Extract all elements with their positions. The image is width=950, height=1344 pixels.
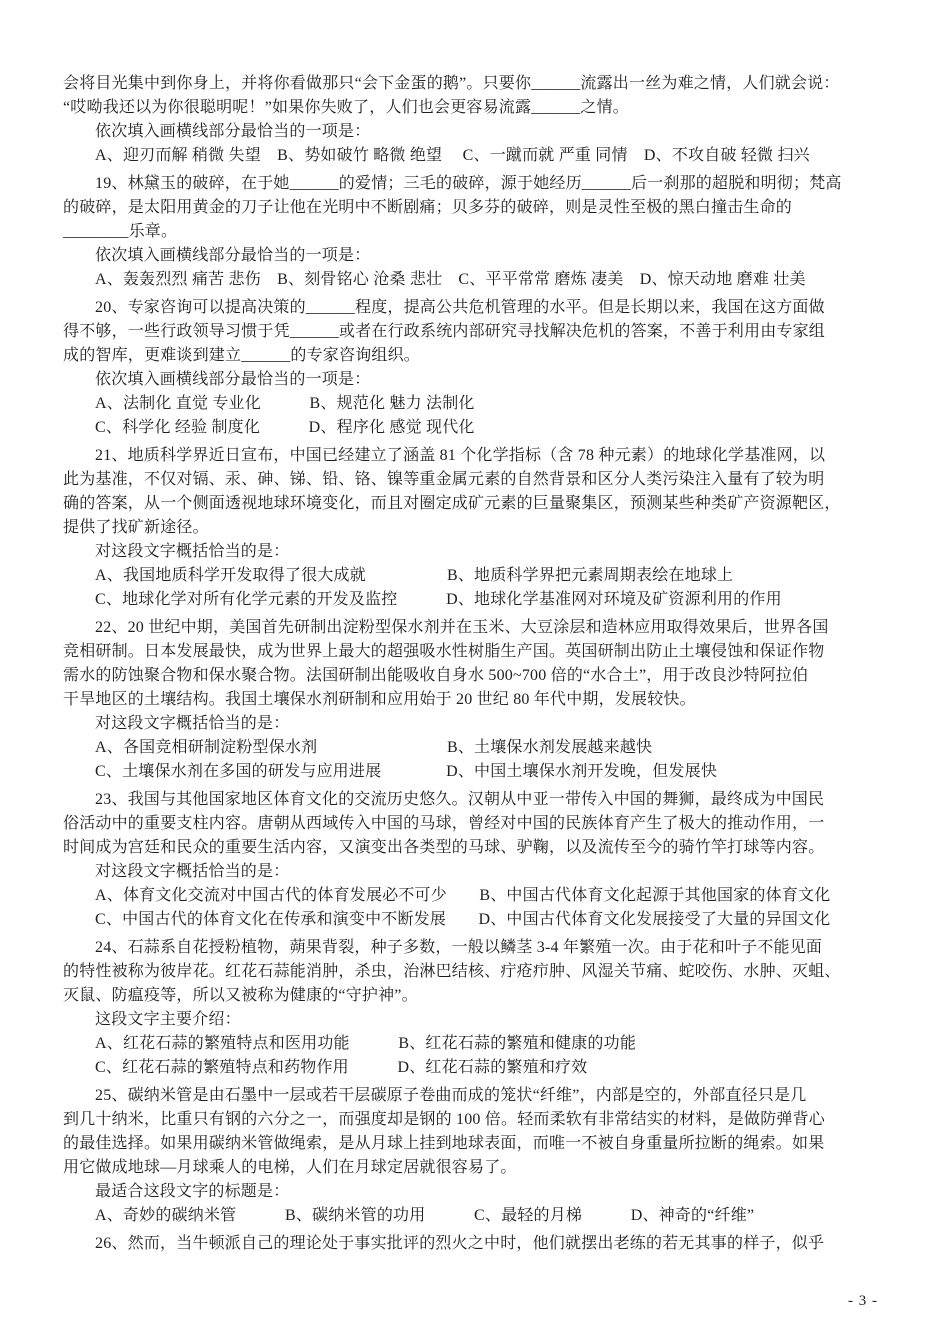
q25-line-2: 到几十纳米，比重只有钢的六分之一，而强度却是钢的 100 倍。轻而柔软有非常结实… (63, 1108, 891, 1132)
question-23-block: 23、我国与其他国家地区体育文化的交流历史悠久。汉朝从中亚一带传入中国的舞狮，最… (63, 788, 891, 932)
q21-options-cd: C、地球化学对所有化学元素的开发及监控 D、地球化学基准网对环境及矿资源利用的作… (63, 588, 891, 612)
q25-options: A、奇妙的碳纳米管 B、碳纳米管的功用 C、最轻的月梯 D、神奇的“纤维” (63, 1204, 891, 1228)
q24-stem: 这段文字主要介绍： (63, 1008, 891, 1032)
q20-line-3: 成的智库，更难谈到建立______的专家咨询组织。 (63, 344, 891, 368)
q19-line-3: ________乐章。 (63, 220, 891, 244)
q25-line-4: 用它做成地球—月球乘人的电梯，人们在月球定居就很容易了。 (63, 1156, 891, 1180)
q20-line-1: 20、专家咨询可以提高决策的______程度，提高公共危机管理的水平。但是长期以… (63, 296, 891, 320)
q20-options-cd: C、科学化 经验 制度化 D、程序化 感觉 现代化 (63, 416, 891, 440)
page-number: - 3 - (848, 1293, 878, 1310)
question-21-block: 21、地质科学界近日宣布，中国已经建立了涵盖 81 个化学指标（含 78 种元素… (63, 444, 891, 612)
q22-line-4: 干旱地区的土壤结构。我国土壤保水剂研制和应用始于 20 世纪 80 年代中期，发… (63, 688, 891, 712)
q22-line-1: 22、20 世纪中期，美国首先研制出淀粉型保水剂并在玉米、大豆涂层和造林应用取得… (63, 616, 891, 640)
question-26-block: 26、然而，当牛顿派自己的理论处于事实批评的烈火之中时，他们就摆出老练的若无其事… (63, 1232, 891, 1256)
q23-options-ab: A、体育文化交流对中国古代的体育发展必不可少 B、中国古代体育文化起源于其他国家… (63, 884, 891, 908)
q22-line-3: 需水的防蚀聚合物和保水聚合物。法国研制出能吸收自身水 500~700 倍的“水合… (63, 664, 891, 688)
q19-options: A、轰轰烈烈 痛苦 悲伤 B、刻骨铭心 沧桑 悲壮 C、平平常常 磨炼 凄美 D… (63, 268, 891, 292)
question-20-block: 20、专家咨询可以提高决策的______程度，提高公共危机管理的水平。但是长期以… (63, 296, 891, 440)
q24-line-2: 的特性被称为彼岸花。红花石蒜能消肿，杀虫，治淋巴结核、疔疮疖肿、风湿关节痛、蛇咬… (63, 960, 891, 984)
question-25-block: 25、碳纳米管是由石墨中一层或若干层碳原子卷曲而成的笼状“纤维”，内部是空的，外… (63, 1084, 891, 1228)
q26-line-1: 26、然而，当牛顿派自己的理论处于事实批评的烈火之中时，他们就摆出老练的若无其事… (63, 1232, 891, 1256)
q25-line-3: 的最佳选择。如果用碳纳米管做绳索，是从月球上挂到地球表面，而唯一不被自身重量所拉… (63, 1132, 891, 1156)
q20-options-ab: A、法制化 直觉 专业化 B、规范化 魅力 法制化 (63, 392, 891, 416)
q19-stem: 依次填入画横线部分最恰当的一项是： (63, 244, 891, 268)
q18-line-2: “哎呦我还以为你很聪明呢！”如果你失败了，人们也会更容易流露______之情。 (63, 96, 891, 120)
q22-line-2: 竞相研制。日本发展最快，成为世界上最大的超强吸水性树脂生产国。英国研制出防止土壤… (63, 640, 891, 664)
question-22-block: 22、20 世纪中期，美国首先研制出淀粉型保水剂并在玉米、大豆涂层和造林应用取得… (63, 616, 891, 784)
q22-stem: 对这段文字概括恰当的是： (63, 712, 891, 736)
q23-options-cd: C、中国古代的体育文化在传承和演变中不断发展 D、中国古代体育文化发展接受了大量… (63, 908, 891, 932)
q21-line-3: 确的答案，从一个侧面透视地球环境变化，而且对圈定成矿元素的巨量聚集区，预测某些种… (63, 492, 891, 516)
question-18-block: 会将目光集中到你身上，并将你看做那只“会下金蛋的鹅”。只要你______流露出一… (63, 72, 891, 168)
q18-line-1: 会将目光集中到你身上，并将你看做那只“会下金蛋的鹅”。只要你______流露出一… (63, 72, 891, 96)
q20-line-2: 得不够，一些行政领导习惯于凭______或者在行政系统内部研究寻找解决危机的答案… (63, 320, 891, 344)
q21-stem: 对这段文字概括恰当的是： (63, 540, 891, 564)
q23-line-2: 俗活动中的重要支柱内容。唐朝从西域传入中国的马球，曾经对中国的民族体育产生了极大… (63, 812, 891, 836)
q24-options-cd: C、红花石蒜的繁殖特点和药物作用 D、红花石蒜的繁殖和疗效 (63, 1056, 891, 1080)
q23-line-1: 23、我国与其他国家地区体育文化的交流历史悠久。汉朝从中亚一带传入中国的舞狮，最… (63, 788, 891, 812)
q19-line-1: 19、林黛玉的破碎，在于她______的爱情；三毛的破碎，源于她经历______… (63, 172, 891, 196)
q24-line-1: 24、石蒜系自花授粉植物，蒴果背裂，种子多数，一般以鳞茎 3-4 年繁殖一次。由… (63, 936, 891, 960)
q20-stem: 依次填入画横线部分最恰当的一项是： (63, 368, 891, 392)
q19-line-2: 的破碎，是太阳用黄金的刀子让他在光明中不断剧痛；贝多芬的破碎，则是灵性至极的黑白… (63, 196, 891, 220)
exam-paper-page: 会将目光集中到你身上，并将你看做那只“会下金蛋的鹅”。只要你______流露出一… (0, 0, 950, 1344)
page-content: 会将目光集中到你身上，并将你看做那只“会下金蛋的鹅”。只要你______流露出一… (63, 72, 891, 1256)
q21-options-ab: A、我国地质科学开发取得了很大成就 B、地质科学界把元素周期表绘在地球上 (63, 564, 891, 588)
q24-options-ab: A、红花石蒜的繁殖特点和医用功能 B、红花石蒜的繁殖和健康的功能 (63, 1032, 891, 1056)
q18-options: A、迎刃而解 稍微 失望 B、势如破竹 略微 绝望 C、一蹴而就 严重 同情 D… (63, 144, 891, 168)
q25-stem: 最适合这段文字的标题是： (63, 1180, 891, 1204)
q21-line-1: 21、地质科学界近日宣布，中国已经建立了涵盖 81 个化学指标（含 78 种元素… (63, 444, 891, 468)
q24-line-3: 灭鼠、防瘟疫等，所以又被称为健康的“守护神”。 (63, 984, 891, 1008)
q22-options-cd: C、土壤保水剂在多国的研发与应用进展 D、中国土壤保水剂开发晚，但发展快 (63, 760, 891, 784)
q25-line-1: 25、碳纳米管是由石墨中一层或若干层碳原子卷曲而成的笼状“纤维”，内部是空的，外… (63, 1084, 891, 1108)
q18-stem: 依次填入画横线部分最恰当的一项是： (63, 120, 891, 144)
question-19-block: 19、林黛玉的破碎，在于她______的爱情；三毛的破碎，源于她经历______… (63, 172, 891, 292)
question-24-block: 24、石蒜系自花授粉植物，蒴果背裂，种子多数，一般以鳞茎 3-4 年繁殖一次。由… (63, 936, 891, 1080)
q21-line-2: 此为基准，不仅对镉、汞、砷、锑、铅、铬、镍等重金属元素的自然背景和区分人类污染注… (63, 468, 891, 492)
q21-line-4: 提供了找矿新途径。 (63, 516, 891, 540)
q22-options-ab: A、各国竞相研制淀粉型保水剂 B、土壤保水剂发展越来越快 (63, 736, 891, 760)
q23-line-3: 时间成为宫廷和民众的重要生活内容，又演变出各类型的马球、驴鞠，以及流传至今的骑竹… (63, 836, 891, 860)
q23-stem: 对这段文字概括恰当的是： (63, 860, 891, 884)
